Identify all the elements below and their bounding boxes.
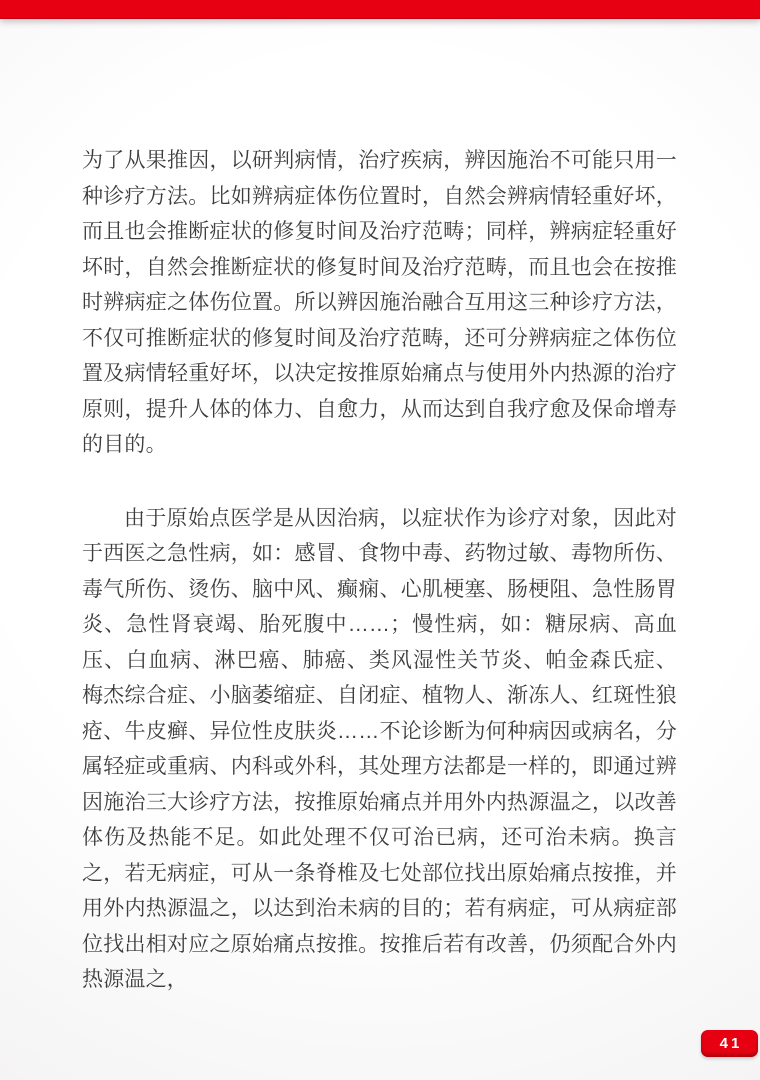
page-number: 41 <box>717 1036 743 1051</box>
paragraph-2: 由于原始点医学是从因治病，以症状作为诊疗对象，因此对于西医之急性病，如：感冒、食… <box>82 501 677 998</box>
page-number-badge: 41 <box>701 1030 758 1057</box>
page-content: 为了从果推因，以研判病情，治疗疾病，辨因施治不可能只用一种诊疗方法。比如辨病症体… <box>82 143 677 998</box>
paragraph-1: 为了从果推因，以研判病情，治疗疾病，辨因施治不可能只用一种诊疗方法。比如辨病症体… <box>82 143 677 463</box>
top-red-bar <box>0 0 760 19</box>
